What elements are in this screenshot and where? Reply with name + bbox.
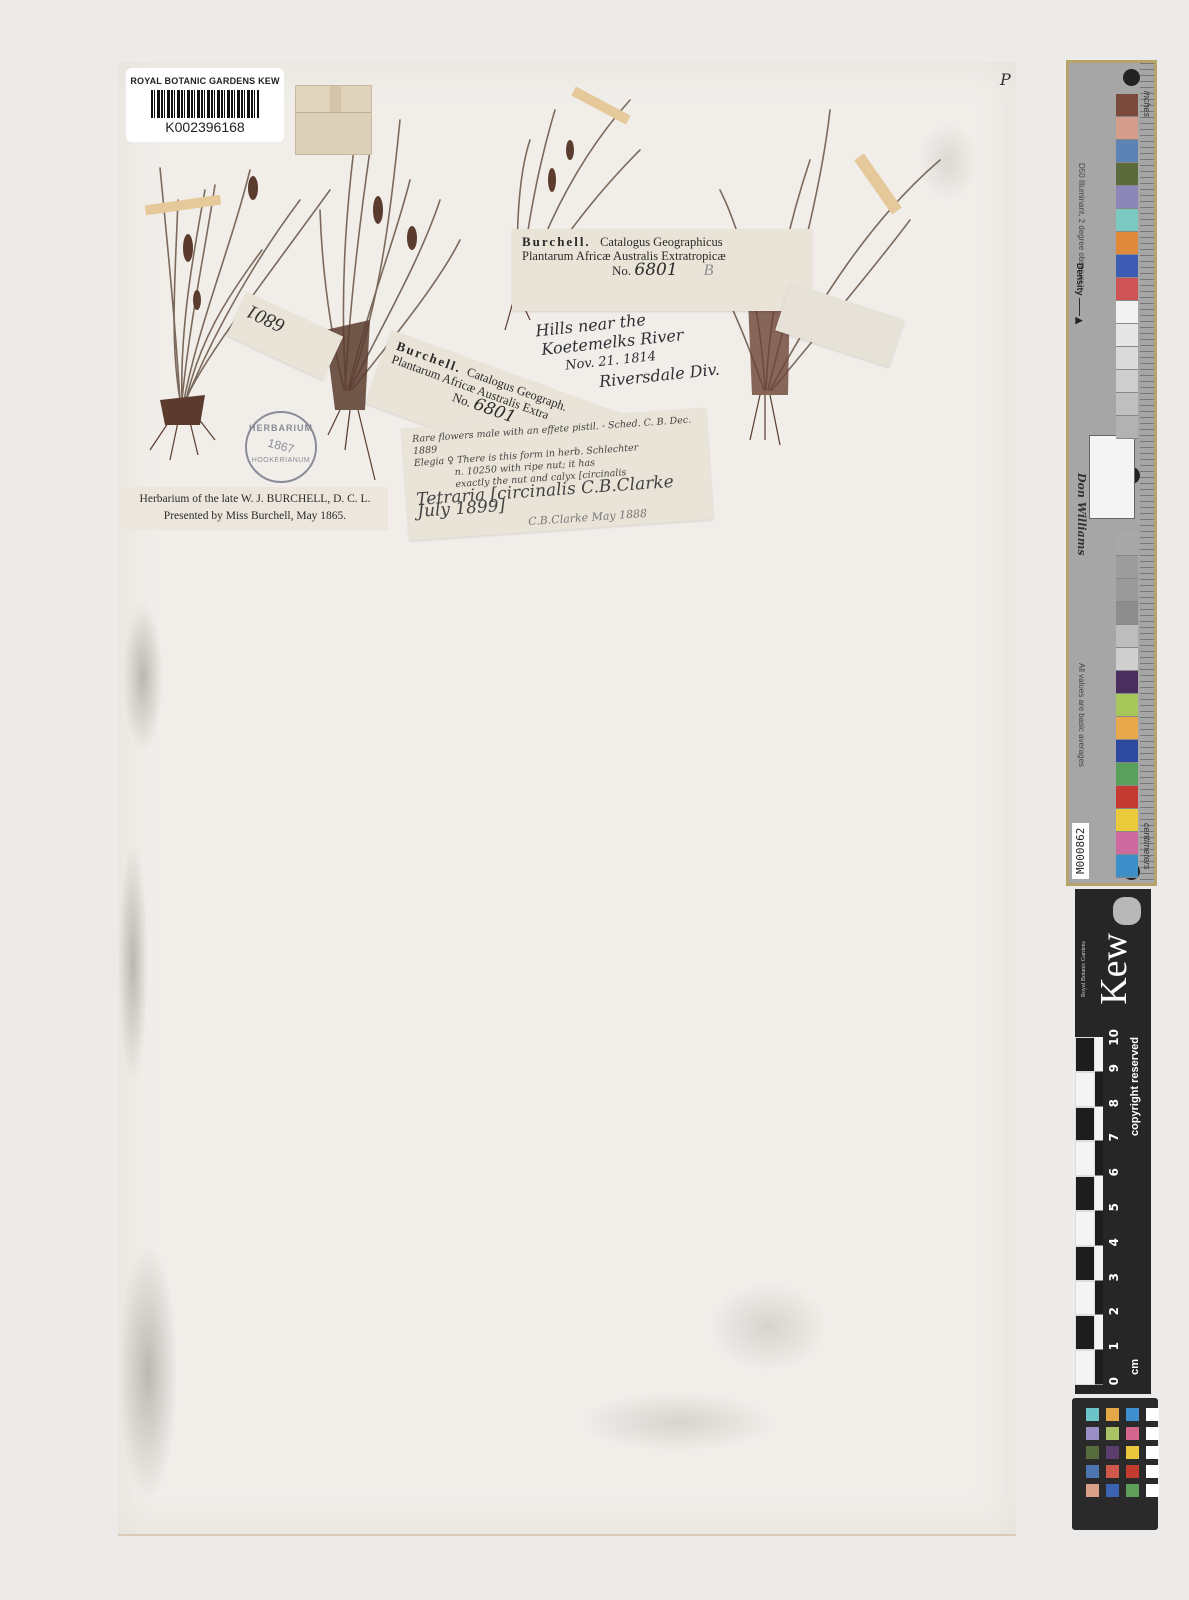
color-patch: [1116, 186, 1138, 209]
checker-swatch: [1086, 1427, 1099, 1440]
collector-name: Burchell.: [522, 234, 591, 249]
cm-segment: [1095, 1211, 1103, 1246]
color-patch: [1116, 625, 1138, 648]
cm-number: 4: [1107, 1238, 1121, 1246]
checker-swatch: [1126, 1408, 1139, 1421]
color-patch: [1116, 602, 1138, 625]
checker-swatch: [1146, 1427, 1159, 1440]
color-patch: [1116, 163, 1138, 186]
catalogue-title-line1: Catalogus Geographicus: [600, 235, 723, 249]
color-patches-bottom: [1116, 533, 1138, 878]
provenance-line2: Presented by Miss Burchell, May 1865.: [122, 508, 388, 525]
cm-number: 7: [1107, 1133, 1121, 1141]
color-patch: [1116, 117, 1138, 140]
pencil-note: B: [704, 262, 714, 279]
density-label: Density ——▶: [1075, 263, 1085, 326]
color-patch: [1116, 832, 1138, 855]
color-patch: [1116, 416, 1138, 439]
checker-swatch: [1126, 1427, 1139, 1440]
color-patch: [1116, 809, 1138, 832]
color-patch: [1116, 855, 1138, 878]
checker-swatch: [1086, 1484, 1099, 1497]
checker-swatch: [1106, 1484, 1119, 1497]
footer-note: All values are basic averages: [1077, 663, 1086, 767]
checker-swatch: [1146, 1408, 1159, 1421]
cm-number: 9: [1107, 1064, 1121, 1072]
color-patch: [1116, 393, 1138, 416]
checker-swatch: [1146, 1446, 1159, 1459]
color-calibration-ruler: D50 Illuminant, 2 degree observer Densit…: [1066, 60, 1157, 886]
kew-crest-icon: [1113, 897, 1141, 925]
cm-segment: [1095, 1315, 1103, 1350]
checker-swatch: [1106, 1465, 1119, 1478]
cm-segment: [1095, 1281, 1103, 1316]
cm-segment: [1075, 1107, 1095, 1142]
color-patch: [1116, 717, 1138, 740]
color-patch: [1116, 324, 1138, 347]
cm-segment: [1095, 1176, 1103, 1211]
checker-swatch: [1086, 1408, 1099, 1421]
copyright-text: copyright reserved: [1129, 1037, 1141, 1136]
ruler-id: M000862: [1072, 823, 1089, 879]
cm-number: 1: [1107, 1342, 1121, 1350]
cm-segment: [1075, 1281, 1095, 1316]
cm-segment: [1075, 1176, 1095, 1211]
mm-scale: [1095, 1037, 1103, 1385]
color-patch: [1116, 740, 1138, 763]
number-prefix: No.: [612, 263, 631, 278]
institution-name: ROYAL BOTANIC GARDENS KEW: [126, 76, 284, 86]
color-patches-top: [1116, 94, 1138, 439]
color-checker: [1072, 1398, 1158, 1530]
checker-swatch: [1086, 1465, 1099, 1478]
checker-swatch: [1106, 1408, 1119, 1421]
cm-unit: cm: [1129, 1359, 1141, 1375]
cm-segment: [1075, 1037, 1095, 1072]
color-patch: [1116, 278, 1138, 301]
cm-segment: [1095, 1107, 1103, 1142]
color-patch: [1116, 370, 1138, 393]
barcode-id: K002396168: [126, 119, 284, 135]
cm-segment: [1095, 1350, 1103, 1385]
cm-segment: [1075, 1246, 1095, 1281]
ruler-brand: Don Williams: [1075, 473, 1088, 556]
ruler-hole: [1123, 69, 1140, 86]
cm-number: 2: [1107, 1307, 1121, 1315]
cm-segment: [1075, 1211, 1095, 1246]
checker-swatches: [1086, 1408, 1159, 1497]
provenance-line1: Herbarium of the late W. J. BURCHELL, D.…: [122, 491, 388, 508]
checker-swatch: [1126, 1446, 1139, 1459]
collection-number: 6801: [634, 260, 677, 280]
barcode-label: ROYAL BOTANIC GARDENS KEW K002396168: [126, 68, 284, 142]
cm-segment: [1095, 1037, 1103, 1072]
checker-swatch: [1126, 1465, 1139, 1478]
color-patch: [1116, 232, 1138, 255]
color-patch: [1116, 255, 1138, 278]
tape-strip: [854, 154, 902, 215]
cm-number: 6: [1107, 1168, 1121, 1176]
kew-wordmark: Kew: [1095, 933, 1133, 1005]
barcode-graphic: [151, 90, 259, 118]
color-patch: [1116, 648, 1138, 671]
cm-scale: [1075, 1037, 1095, 1385]
color-patch: [1116, 209, 1138, 232]
kew-subtitle: Royal Botanic Gardens: [1081, 941, 1087, 997]
cm-number: 0: [1107, 1377, 1121, 1385]
herbarium-stamp: HERBARIUM 1867 HOOKERIANUM: [245, 411, 317, 483]
color-patch: [1116, 140, 1138, 163]
herbarium-provenance-label: Herbarium of the late W. J. BURCHELL, D.…: [122, 487, 388, 530]
color-patch: [1116, 579, 1138, 602]
cm-segment: [1095, 1141, 1103, 1176]
cm-segment: [1075, 1315, 1095, 1350]
checker-swatch: [1126, 1484, 1139, 1497]
ruler-scale: [1140, 63, 1154, 883]
color-patch: [1116, 786, 1138, 809]
cm-segment: [1075, 1072, 1095, 1107]
cm-segment: [1075, 1350, 1095, 1385]
color-patch: [1116, 301, 1138, 324]
color-patch: [1116, 556, 1138, 579]
cm-segment: [1095, 1246, 1103, 1281]
corner-mark: P: [1000, 70, 1011, 89]
kew-scale-bar: Royal Botanic Gardens Kew 012345678910 c…: [1075, 889, 1151, 1394]
fragment-packet: [295, 85, 372, 155]
checker-swatch: [1106, 1446, 1119, 1459]
checker-swatch: [1146, 1465, 1159, 1478]
color-patch: [1116, 533, 1138, 556]
color-patch: [1116, 347, 1138, 370]
tape-strip: [571, 87, 630, 125]
cm-number: 10: [1107, 1029, 1121, 1046]
cm-number: 5: [1107, 1203, 1121, 1211]
cm-segment: [1095, 1072, 1103, 1107]
color-patch: [1116, 671, 1138, 694]
cm-segment: [1075, 1141, 1095, 1176]
checker-swatch: [1106, 1427, 1119, 1440]
color-patch: [1116, 94, 1138, 117]
checker-swatch: [1146, 1484, 1159, 1497]
checker-swatch: [1086, 1446, 1099, 1459]
cm-number: 8: [1107, 1099, 1121, 1107]
color-patch: [1116, 763, 1138, 786]
color-patch: [1116, 694, 1138, 717]
ruler-inset-chart: [1089, 435, 1135, 519]
cm-number: 3: [1107, 1273, 1121, 1281]
determination-label: Rare flowers male with an effete pistil.…: [401, 407, 713, 540]
catalogue-label-1: Burchell. Catalogus Geographicus Plantar…: [512, 229, 812, 311]
